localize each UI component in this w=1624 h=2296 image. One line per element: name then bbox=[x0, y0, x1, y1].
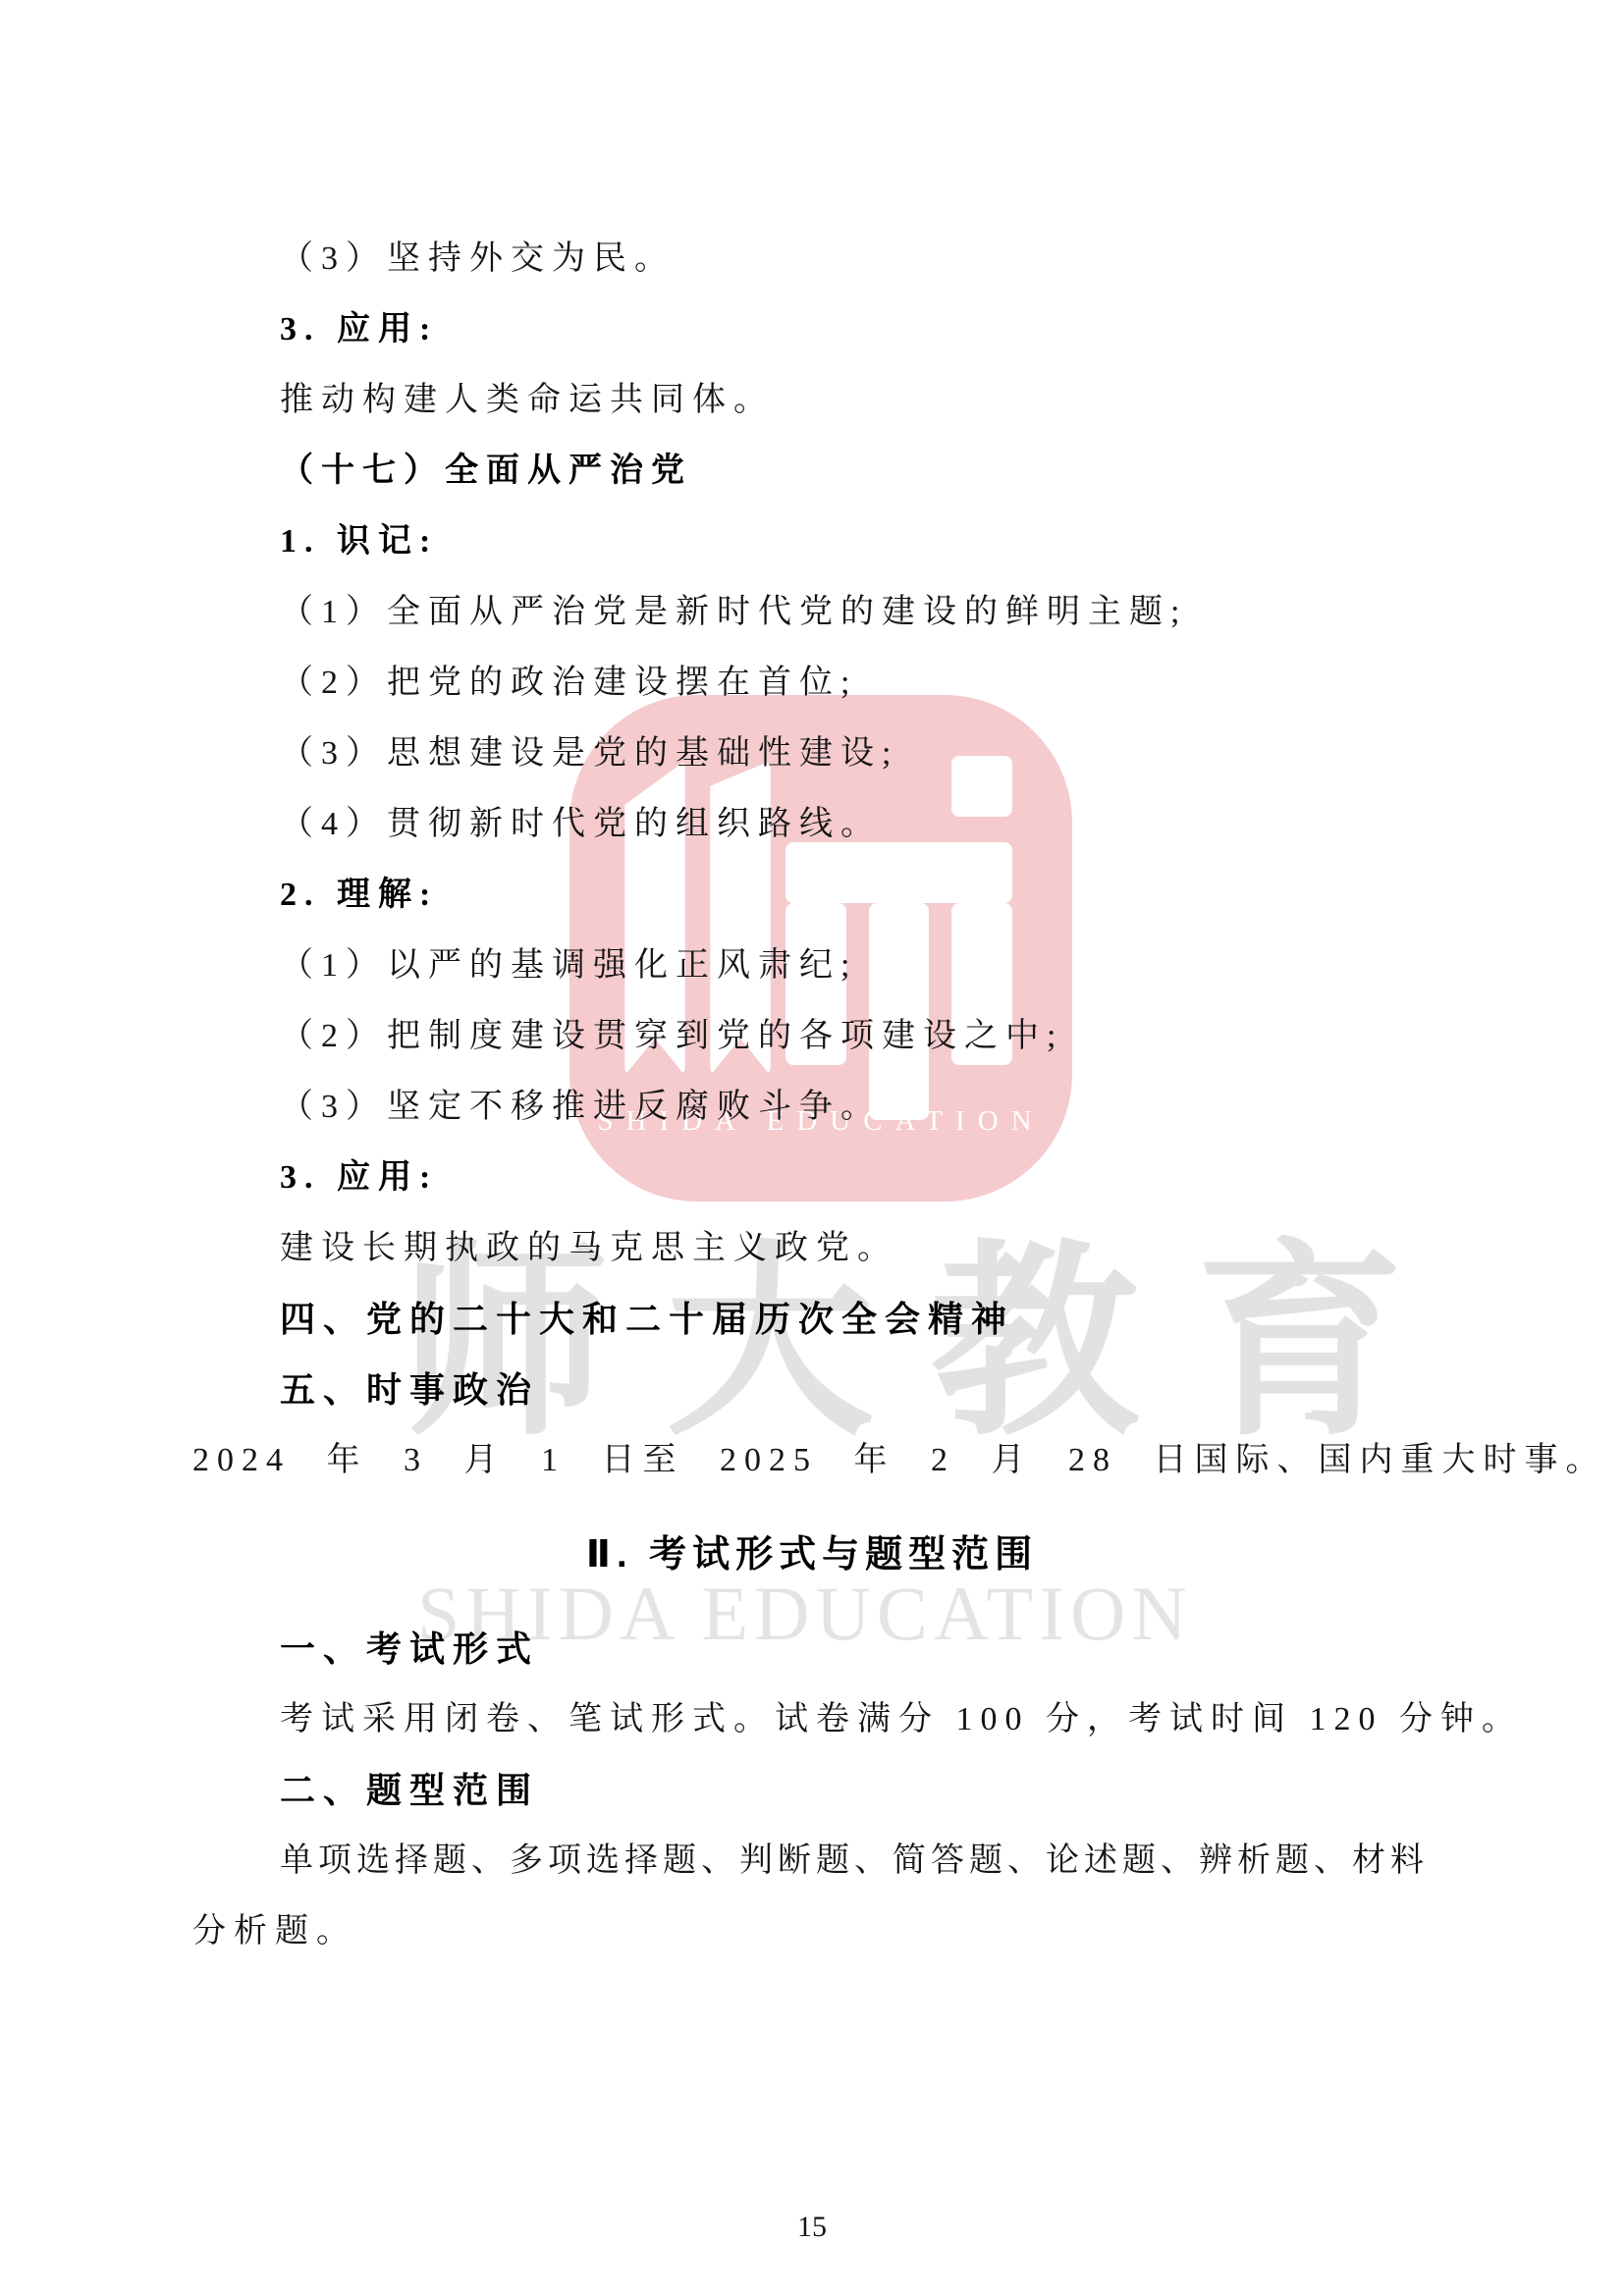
doc-line: （十七）全面从严治党 bbox=[0, 436, 1624, 507]
doc-line: 建设长期执政的马克思主义政党。 bbox=[0, 1213, 1624, 1284]
doc-line: （3）坚定不移推进反腐败斗争。 bbox=[0, 1072, 1624, 1143]
doc-line: 推动构建人类命运共同体。 bbox=[0, 365, 1624, 436]
doc-line: 考试采用闭卷、笔试形式。试卷满分 100 分，考试时间 120 分钟。 bbox=[0, 1684, 1624, 1755]
doc-line: 分析题。 bbox=[0, 1896, 1624, 1967]
page-number: 15 bbox=[0, 2211, 1624, 2244]
doc-line: （1）以严的基调强化正风肃纪; bbox=[0, 931, 1624, 1001]
doc-line: （4）贯彻新时代党的组织路线。 bbox=[0, 789, 1624, 860]
doc-line: （2）把制度建设贯穿到党的各项建设之中; bbox=[0, 1001, 1624, 1072]
doc-line: 一、考试形式 bbox=[0, 1614, 1624, 1684]
doc-line: （3）思想建设是党的基础性建设; bbox=[0, 719, 1624, 789]
doc-line: （3）坚持外交为民。 bbox=[0, 224, 1624, 294]
doc-line: 2024 年 3 月 1 日至 2025 年 2 月 28 日国际、国内重大时事… bbox=[0, 1425, 1624, 1496]
doc-line: 二、题型范围 bbox=[0, 1755, 1624, 1826]
doc-line: Ⅱ. 考试形式与题型范围 bbox=[0, 1520, 1624, 1590]
doc-line: （2）把党的政治建设摆在首位; bbox=[0, 648, 1624, 719]
doc-line: 五、时事政治 bbox=[0, 1355, 1624, 1425]
document-body: （3）坚持外交为民。3. 应用:推动构建人类命运共同体。（十七）全面从严治党1.… bbox=[0, 224, 1624, 1967]
doc-line: 1. 识记: bbox=[0, 507, 1624, 577]
document-page: 师大教育 SHIDA EDUCATION SHIDA EDUCATION （3）… bbox=[0, 0, 1624, 2296]
doc-line: 3. 应用: bbox=[0, 1143, 1624, 1213]
doc-line: 单项选择题、多项选择题、判断题、简答题、论述题、辨析题、材料 bbox=[0, 1826, 1624, 1896]
doc-line: 2. 理解: bbox=[0, 860, 1624, 931]
doc-line: （1）全面从严治党是新时代党的建设的鲜明主题; bbox=[0, 577, 1624, 648]
doc-line: 3. 应用: bbox=[0, 294, 1624, 365]
doc-line: 四、党的二十大和二十届历次全会精神 bbox=[0, 1284, 1624, 1355]
